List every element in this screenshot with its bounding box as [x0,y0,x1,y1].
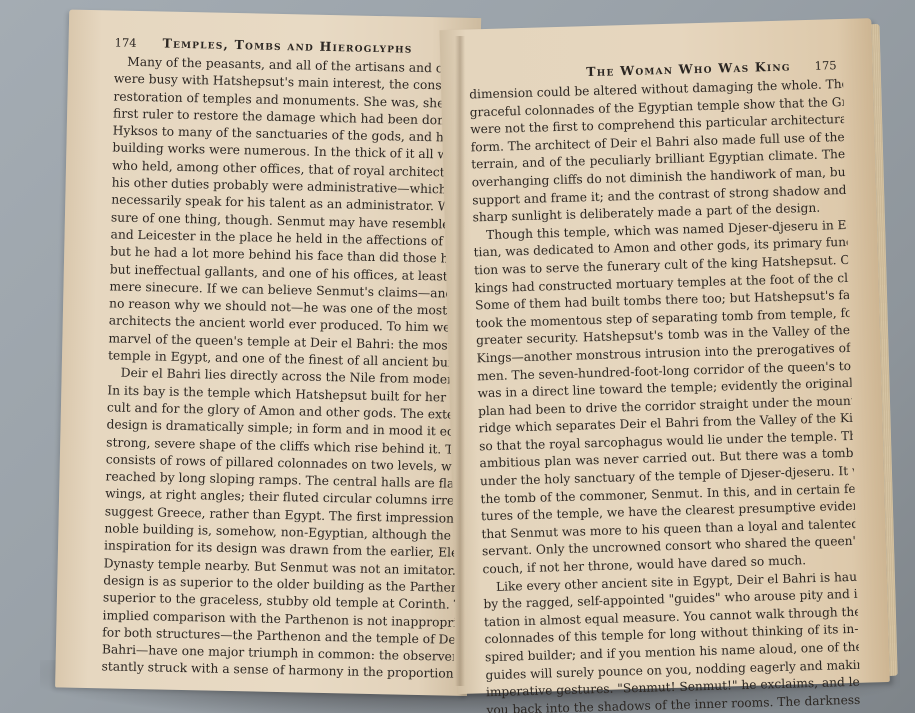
left-page: 174 Temples, Tombs and Hieroglyphs Many … [55,10,481,696]
right-page-body: dimension could be altered without damag… [469,76,861,713]
left-page-number: 174 [114,35,136,49]
left-page-body: Many of the peasants, and all of the art… [101,53,466,683]
right-running-title: The Woman Who Was King [586,58,791,79]
left-running-head: 174 Temples, Tombs and Hieroglyphs [114,34,466,56]
page-stack-edge [871,24,897,676]
book-gutter [455,36,465,686]
right-page-number: 175 [814,58,836,73]
right-page: The Woman Who Was King 175 dimension cou… [439,18,889,694]
left-running-title: Temples, Tombs and Hieroglyphs [162,35,412,55]
